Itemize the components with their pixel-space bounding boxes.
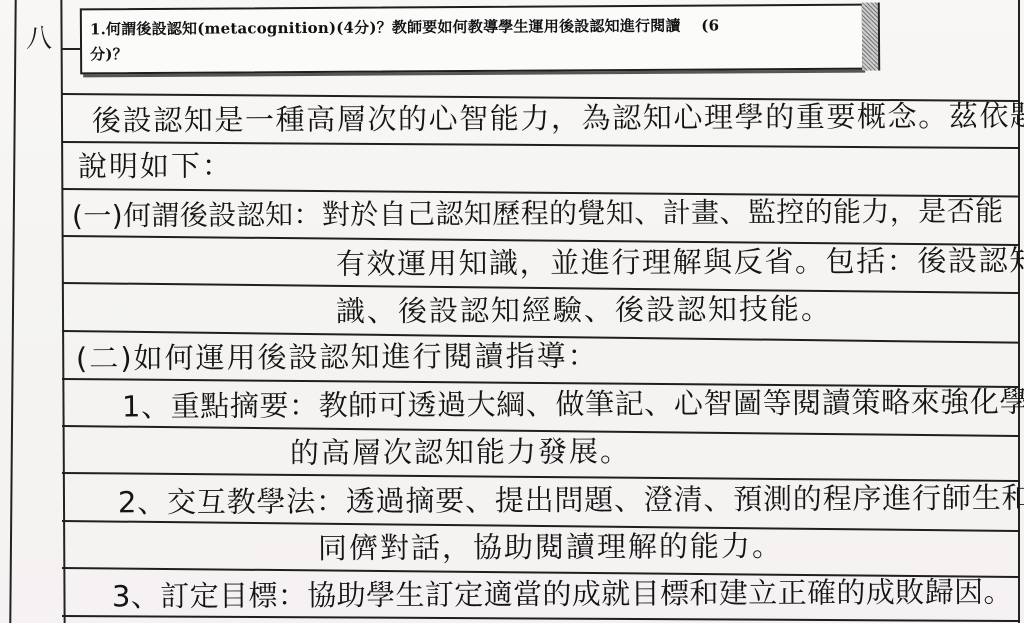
answer-line: 的高層次認知能力發展。 <box>290 431 631 473</box>
answer-line: 說明如下： <box>78 146 233 187</box>
outer-margin-rule <box>9 0 16 623</box>
answer-line: 3、訂定目標：協助學生訂定適當的成就目標和建立正確的成敗歸因。 <box>112 572 1013 617</box>
question-text: 1.何謂後設認知(metacognition)(4分)？教師要如何教導學生運用後… <box>90 13 852 68</box>
answer-line: 有效運用知識，並進行理解與反省。包括：後設認知知 <box>336 240 1024 284</box>
answer-line: 同儕對話，協助閱讀理解的能力。 <box>318 526 783 568</box>
question-number: 八 <box>26 18 52 55</box>
scroll-edge-decoration <box>862 3 880 71</box>
answer-sheet: 八 1.何謂後設認知(metacognition)(4分)？教師要如何教導學生運… <box>0 0 1024 623</box>
answer-line: (一)何謂後設認知：對於自己認知歷程的覺知、計畫、監控的能力，是否能 <box>72 192 1004 237</box>
answer-line: 識、後設認知經驗、後設認知技能。 <box>336 289 832 332</box>
answer-line: 2、交互教學法：透過摘要、提出問題、澄清、預測的程序進行師生和 <box>118 478 1024 523</box>
question-box: 1.何謂後設認知(metacognition)(4分)？教師要如何教導學生運用後… <box>80 4 864 75</box>
ruled-line <box>62 615 1020 622</box>
answer-line: (二)如何運用後設認知進行閱讀指導： <box>76 336 599 379</box>
question-connector <box>62 48 82 50</box>
question-text-line-2: 分)？ <box>90 38 852 68</box>
answer-line: 後設認知是一種高層次的心智能力，為認知心理學的重要概念。茲依題意 <box>92 95 1024 140</box>
answer-line: 1、重點摘要：教師可透過大綱、做筆記、心智圖等閱讀策略來強化學生 <box>122 382 1024 427</box>
